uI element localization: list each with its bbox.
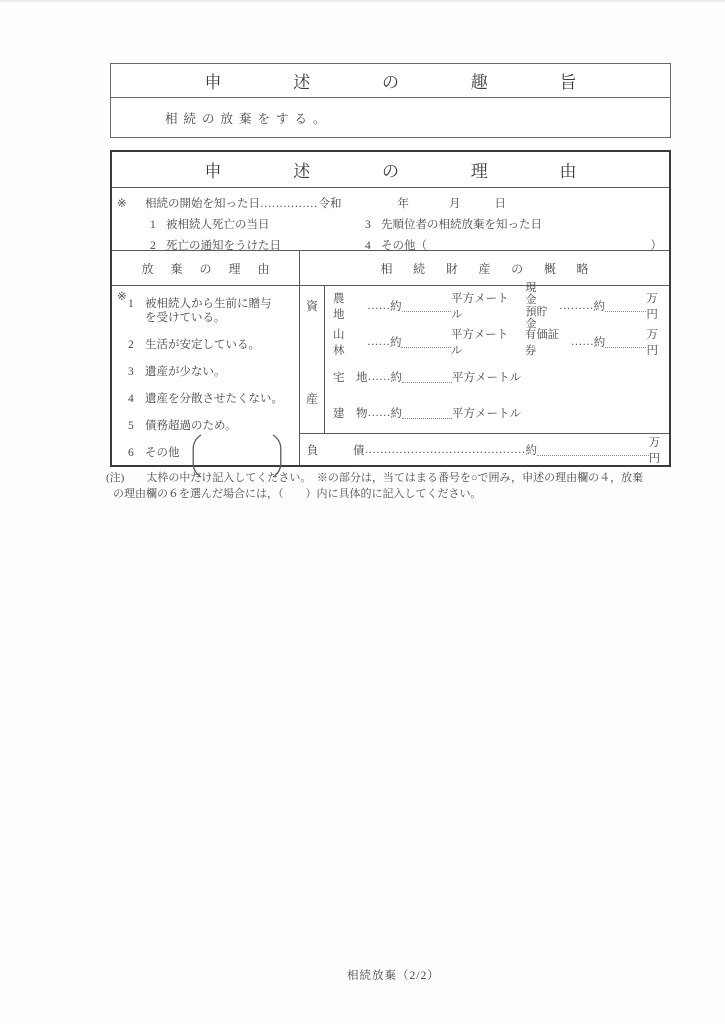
instruction-note: (注) 太枠の中だけ記入してください。 ※の部分は，当てはまる番号を○で囲み，申… [106,470,674,502]
dot-leader: …… [368,371,391,383]
reasons-list: 1 被相続人から生前に贈与を受けている。 2 生活が安定している。 3 遺産が少… [112,286,299,478]
unit-label: 平方メートル [451,290,519,322]
renunciation-reasons-cell: ※ 1 被相続人から生前に贈与を受けている。 2 生活が安定している。 3 遺産… [112,286,300,465]
reason-item-3: 3 遺産が少ない。 [128,365,299,379]
unit-label: 万円 [646,290,669,322]
cash-deposits-label: 現 金 預貯金 [525,282,558,330]
amount-fill-in-blank [605,336,646,348]
petition-purpose-statement: 相続の放棄をする。 [111,98,670,137]
reason-text: 生活が安定している。 [145,338,260,352]
option-number: 1 [150,219,166,231]
reason-text: その他 [145,446,180,460]
assets-area: 資 産 農 地 …… 約 平方メートル 現 金 [300,286,669,434]
petition-reason-header: 申 述 の 理 由 [112,152,669,188]
instruction-note-line-2: の理由欄の６を選んだ場合には，（ ）内に具体的に記入してください。 [106,486,674,502]
dot-leader: …… [368,407,391,419]
inheritance-known-date-section: ※ 相続の開始を知った日 …………… 令和 年 月 日 1 被相続人死亡の当日 … [112,188,669,251]
known-date-line: ※ 相続の開始を知った日 …………… 令和 年 月 日 [112,188,669,211]
cash-label: 現 金 [525,282,558,306]
right-column-title: 相 続 財 産 の 概 略 [381,260,589,277]
reason-text: 被相続人から生前に贈与を受けている。 [145,297,272,325]
area-fill-in-blank [401,336,450,348]
reference-mark: ※ [117,196,131,210]
petition-purpose-title: 申 述 の 趣 旨 [205,68,577,93]
option-text: 被相続人死亡の当日 [166,216,270,232]
dot-leader: …………………………………… [365,444,526,456]
unit-label: 平方メートル [452,405,521,421]
reason-number: 2 [128,338,145,352]
asset-row-forest: 山 林 …… 約 平方メートル 有価証券 …… 約 万円 [325,324,669,359]
area-fill-in-blank [402,371,452,383]
renunciation-reason-column-header: 放 棄 の 理 由 [112,251,300,285]
approx-label: 約 [594,334,606,350]
page-number-footer: 相続放棄（2/2） [347,967,440,983]
liabilities-axis-char: 負 [300,442,325,458]
era-label: 令和 [319,195,342,211]
scan-edge-artifact [0,0,725,2]
month-label: 月 [449,195,461,211]
asset-name: 農 地 [333,290,367,322]
reason-item-4: 4 遺産を分散させたくない。 [128,392,299,406]
reason-number: 4 [128,392,145,406]
known-date-option-3: 3 先順位者の相続放棄を知った日 [365,216,669,232]
unit-label: 平方メートル [452,369,521,385]
area-fill-in-blank [402,407,452,419]
cash-deposits-field: 現 金 預貯金 ……… 約 万円 [525,282,669,330]
amount-fill-in-blank [537,444,649,456]
reason-text: 遺産を分散させたくない。 [145,392,283,406]
amount-fill-in-blank [605,300,646,312]
known-date-option-1: 1 被相続人死亡の当日 [150,216,365,232]
reason-text: 遺産が少ない。 [145,365,226,379]
dot-leader: …… [367,300,390,312]
reason-text: 債務超過のため。 [145,419,237,433]
option-number: 3 [365,219,381,231]
dot-leader: ……… [559,300,594,312]
scanned-form-page: 申 述 の 趣 旨 相続の放棄をする。 申 述 の 理 由 ※ 相続の開始を知っ… [0,0,725,1024]
liabilities-row: 負 債 …………………………………… 約 万円 [300,434,669,466]
year-label: 年 [398,195,410,211]
approx-label: 約 [390,298,402,314]
left-column-title: 放 棄 の 理 由 [142,260,270,277]
instruction-note-line-1: (注) 太枠の中だけ記入してください。 ※の部分は，当てはまる番号を○で囲み，申… [106,470,674,486]
reason-number: 1 [128,297,145,325]
asset-name: 山 林 [333,326,367,358]
approx-label: 約 [526,442,538,458]
estate-summary-column-header: 相 続 財 産 の 概 略 [300,251,669,285]
approx-label: 約 [391,369,403,385]
approx-label: 約 [390,334,402,350]
reason-and-assets-body: ※ 1 被相続人から生前に贈与を受けている。 2 生活が安定している。 3 遺産… [112,286,669,465]
asset-name: 建 物 [333,405,368,421]
reason-number: 3 [128,365,145,379]
petition-reason-box: 申 述 の 理 由 ※ 相続の開始を知った日 …………… 令和 年 月 日 1 … [110,150,671,467]
reason-item-5: 5 債務超過のため。 [128,419,299,433]
asset-row-residential-land: 宅 地 …… 約 平方メートル [325,360,669,395]
asset-name: 宅 地 [333,369,368,385]
reason-item-2: 2 生活が安定している。 [128,338,299,352]
known-date-label: 相続の開始を知った日 [145,195,260,211]
option-text: 先順位者の相続放棄を知った日 [381,216,542,232]
securities-field: 有価証券 …… 約 万円 [525,326,669,358]
reason-number: 5 [128,419,145,433]
assets-axis-char-bottom: 産 [306,390,318,407]
dot-leader: …………… [260,198,318,210]
assets-axis-label: 資 産 [300,286,325,433]
day-label: 日 [495,195,507,211]
petition-reason-title: 申 述 の 理 由 [205,157,577,182]
unit-label: 万円 [649,434,669,466]
assets-axis-char-top: 資 [306,297,318,314]
estate-summary-cell: 資 産 農 地 …… 約 平方メートル 現 金 [300,286,669,465]
approx-label: 約 [593,298,605,314]
area-fill-in-blank [402,300,452,312]
asset-rows: 農 地 …… 約 平方メートル 現 金 預貯金 ……… [325,286,669,433]
petition-purpose-box: 申 述 の 趣 旨 相続の放棄をする。 [110,63,671,138]
known-date-options-row-1: 1 被相続人死亡の当日 3 先順位者の相続放棄を知った日 [112,216,669,232]
asset-row-building: 建 物 …… 約 平方メートル [325,396,669,431]
dot-leader: …… [367,336,390,348]
unit-label: 平方メートル [451,326,519,358]
reason-item-1: 1 被相続人から生前に贈与を受けている。 [128,297,299,325]
approx-label: 約 [391,405,403,421]
liabilities-label: 債 [353,442,365,458]
securities-label: 有価証券 [525,326,570,358]
dot-leader: …… [571,336,594,348]
reference-mark: ※ [117,289,127,303]
petition-purpose-header: 申 述 の 趣 旨 [111,64,670,98]
asset-row-farmland: 農 地 …… 約 平方メートル 現 金 預貯金 ……… [325,288,669,323]
unit-label: 万円 [646,326,669,358]
reason-number: 6 [128,446,145,460]
column-headers-row: 放 棄 の 理 由 相 続 財 産 の 概 略 [112,251,669,286]
